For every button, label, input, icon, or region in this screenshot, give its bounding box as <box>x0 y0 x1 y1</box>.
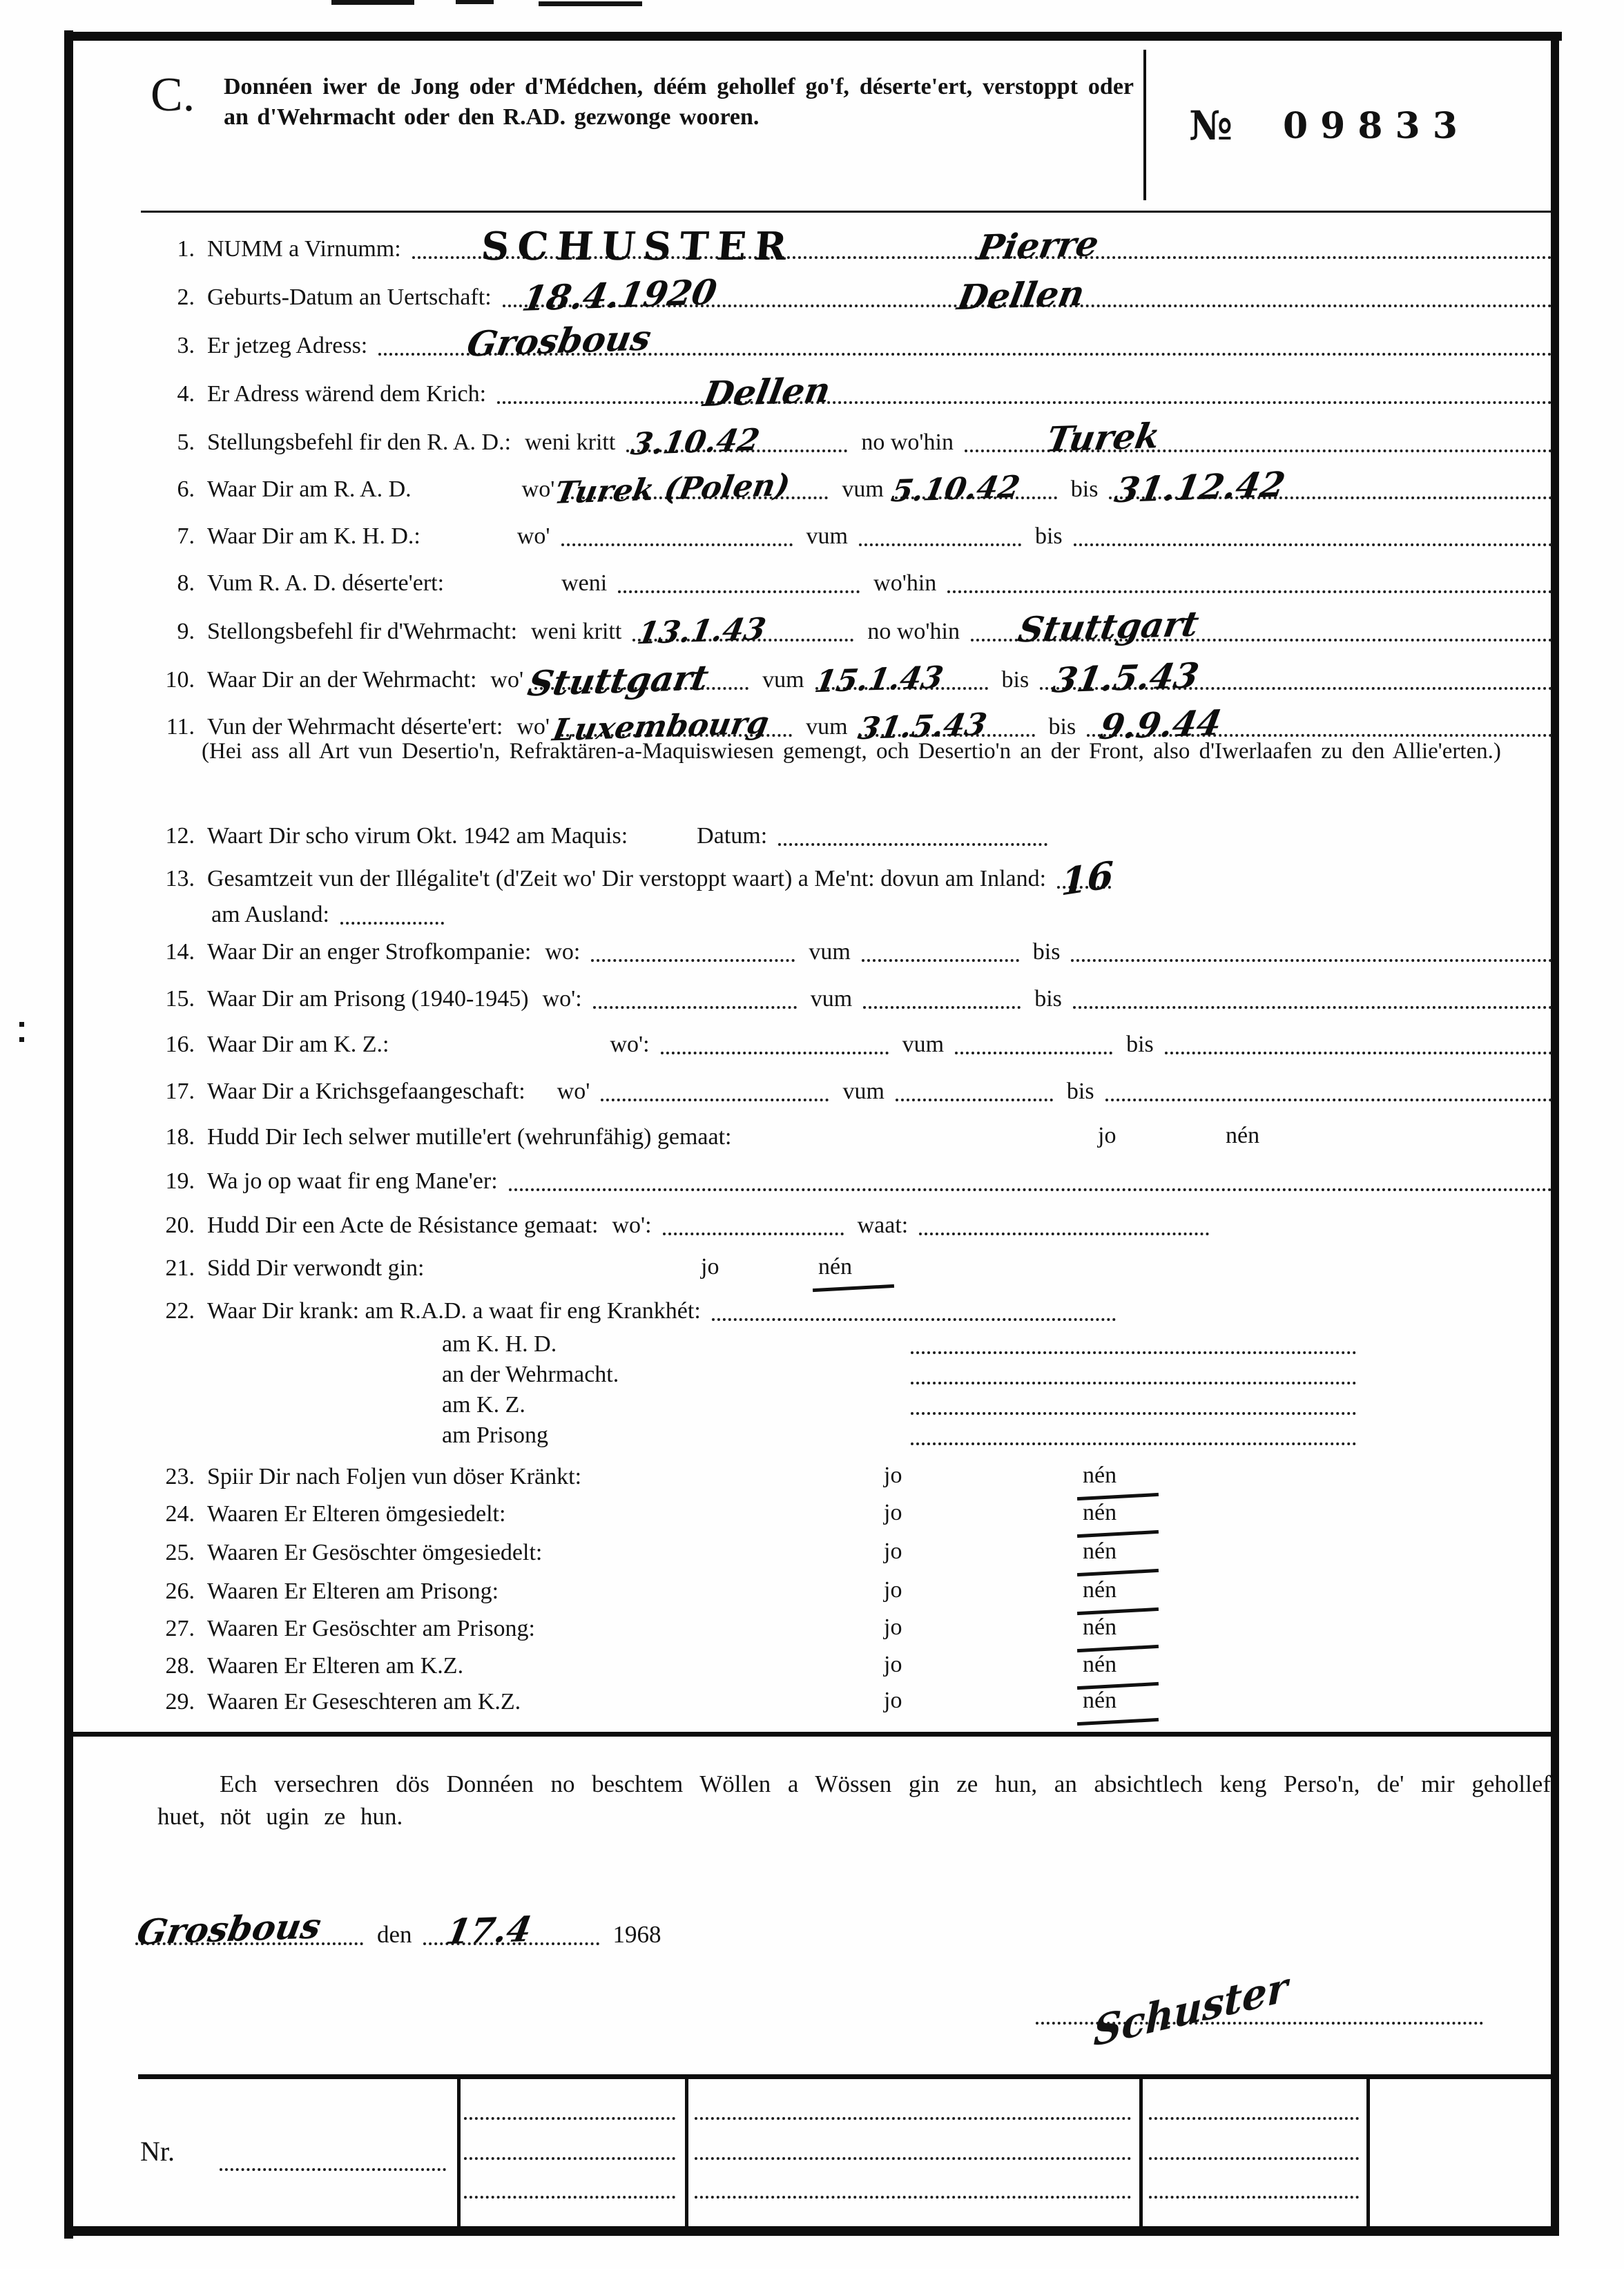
field-label: wo: <box>545 939 580 965</box>
footer-table-divider <box>1366 2077 1370 2229</box>
dotted-field <box>911 1436 1356 1445</box>
item-label: Stellungsbefehl fir den R. A. D.: <box>207 429 511 456</box>
item-label: Waar Dir krank: am R.A.D. a waat fir eng… <box>207 1298 701 1324</box>
field-label: wo' <box>522 476 555 503</box>
dotted-field <box>919 1226 1209 1235</box>
form-item-row: 25.Waaren Er Gesöschter ömgesiedelt:joné… <box>159 1532 1552 1566</box>
form-item-row: 18.Hudd Dir Iech selwer mutille'ert (weh… <box>159 1116 1552 1150</box>
dotted-field <box>1074 537 1552 546</box>
field-label: wo': <box>610 1032 650 1058</box>
item-label: Waaren Er Elteren am Prisong: <box>207 1578 499 1605</box>
spacer <box>432 549 514 550</box>
nr-label: Nr. <box>140 2135 175 2167</box>
field-label: vum <box>842 476 883 503</box>
item-label: Waart Dir scho virum Okt. 1942 am Maquis… <box>207 823 628 849</box>
form-item-row: 6.Waar Dir am R. A. D.wo'Turek (Polen)vu… <box>159 468 1552 503</box>
answer-nen: nén <box>1083 1614 1116 1641</box>
dotted-field: Stuttgart <box>971 632 1552 641</box>
spacer <box>400 1057 608 1058</box>
field-label: weni kritt <box>525 429 615 456</box>
item-label: Waar Dir am K. H. D.: <box>207 523 420 550</box>
spacer <box>559 1448 911 1449</box>
spacer <box>159 1448 442 1449</box>
handwritten-entry: 5.10.42 <box>889 472 1022 507</box>
dotted-field <box>896 1092 1053 1101</box>
item-number: 19. <box>159 1168 195 1195</box>
field-label: no wo'hin <box>861 429 954 456</box>
dotted-field <box>601 1092 829 1101</box>
answer-jo: jo <box>884 1500 902 1526</box>
item-number: 22. <box>159 1298 195 1324</box>
form-item-row: 23.Spiir Dir nach Foljen vun döser Kränk… <box>159 1456 1552 1490</box>
item-number: 18. <box>159 1124 195 1150</box>
item-label: Hudd Dir Iech selwer mutille'ert (wehrun… <box>207 1124 732 1150</box>
item-number: 21. <box>159 1255 195 1282</box>
dotted-field: 9.9.44 <box>1087 727 1552 737</box>
item-number: 4. <box>159 381 195 407</box>
item-label: Er jetzeg Adress: <box>207 333 367 359</box>
signature-line: Schuster <box>1036 1983 1483 2025</box>
dotted-field: Turek (Polen) <box>565 490 828 499</box>
handwritten-entry: 31.5.43 <box>1050 658 1201 697</box>
dotted-field <box>661 1045 889 1054</box>
spacer <box>423 502 519 503</box>
form-item-row: 12.Waart Dir scho virum Okt. 1942 am Maq… <box>159 815 1552 849</box>
page-border-left <box>64 30 73 2239</box>
footer-cell-line <box>1149 2112 1359 2120</box>
item-number: 23. <box>159 1464 195 1490</box>
footer-cell-line <box>695 2190 1131 2199</box>
field-label: wo': <box>543 986 582 1012</box>
scan-speck <box>19 1037 24 1042</box>
dotted-field <box>947 583 1552 593</box>
field-label: bis <box>1033 939 1061 965</box>
form-item-row: an der Wehrmacht. <box>159 1353 1552 1388</box>
dotted-field <box>955 1045 1112 1054</box>
form-item-row: 9.Stellongsbefehl fir d'Wehrmacht:weni k… <box>159 610 1552 645</box>
form-item-row: 7.Waar Dir am K. H. D.:wo'vumbis <box>159 515 1552 550</box>
form-item-row: 11.Vun der Wehrmacht déserte'ert:wo'Luxe… <box>159 706 1552 740</box>
form-item-row: 3.Er jetzeg Adress:Grosbous <box>159 325 1552 359</box>
field-label: weni kritt <box>531 619 621 645</box>
form-item-row: 13.Gesamtzeit vun der Illégalite't (d'Ze… <box>159 858 1552 892</box>
dotted-field: 15.1.43 <box>815 680 988 690</box>
spacer <box>159 927 211 928</box>
field-label: weni <box>561 570 607 597</box>
item-number: 27. <box>159 1616 195 1642</box>
item-number: 2. <box>159 284 195 311</box>
dotted-field <box>509 1181 1552 1191</box>
scan-speck <box>331 0 414 5</box>
form-item-row: am Ausland: <box>159 894 1552 928</box>
handwritten-entry: SCHUSTER <box>479 227 796 266</box>
footer-cell-line <box>1149 2190 1359 2199</box>
field-label: vum <box>811 986 852 1012</box>
form-number-value: 09833 <box>1283 105 1470 147</box>
field-label: bis <box>1126 1032 1154 1058</box>
handwritten-entry: 13.1.43 <box>635 615 768 649</box>
dotted-field: Luxembourg <box>561 727 792 737</box>
footer-cell-line <box>695 2152 1131 2160</box>
item-label: Spiir Dir nach Foljen vun döser Kränkt: <box>207 1464 581 1490</box>
dotted-field <box>862 952 1019 962</box>
field-label: vum <box>902 1032 944 1058</box>
dotted-field <box>712 1311 1116 1321</box>
answer-jo: jo <box>884 1538 902 1565</box>
handwritten-entry: Turek (Polen) <box>552 470 792 509</box>
answer-nen: nén <box>1083 1577 1116 1603</box>
dotted-field <box>1071 952 1552 962</box>
form-item-row: 16.Waar Dir am K. Z.:wo':vumbis <box>159 1023 1552 1058</box>
handwritten-entry: 31.12.42 <box>1112 467 1288 508</box>
field-label: bis <box>1067 1079 1094 1105</box>
footer-cell-line <box>464 2112 675 2120</box>
item-label: Wa jo op waat fir eng Mane'er: <box>207 1168 498 1195</box>
dotted-field: 31.12.42 <box>1109 490 1552 499</box>
footer-cell-line <box>464 2190 675 2199</box>
form-item-row: 10.Waar Dir an der Wehrmacht:wo'Stuttgar… <box>159 659 1552 693</box>
form-item-row: 8.Vum R. A. D. déserte'ert:weniwo'hin <box>159 562 1552 597</box>
page-border-bottom <box>64 2226 1559 2236</box>
dotted-field: Turek <box>965 443 1552 452</box>
item-number: 26. <box>159 1578 195 1605</box>
dotted-field <box>663 1226 844 1235</box>
dotted-field <box>911 1344 1356 1354</box>
dotted-field <box>863 999 1021 1009</box>
form-item-row: 5.Stellungsbefehl fir den R. A. D.:weni … <box>159 421 1552 456</box>
form-item-row: 2.Geburts-Datum an Uertschaft:18.4.1920D… <box>159 276 1552 311</box>
item-number: 24. <box>159 1501 195 1527</box>
date-handwritten: 17.4 <box>443 1912 534 1949</box>
answer-nen: nén <box>1083 1500 1116 1526</box>
footer-cell-line <box>464 2152 675 2160</box>
answer-nen: nén <box>1083 1538 1116 1565</box>
item-label: Hudd Dir een Acte de Résistance gemaat: <box>207 1213 598 1239</box>
item-number: 20. <box>159 1213 195 1239</box>
handwritten-entry: Grosbous <box>465 320 654 361</box>
item-label: Waar Dir am R. A. D. <box>207 476 412 503</box>
signature-handwritten: Schuster <box>1093 1963 1288 2056</box>
dotted-field: 31.5.43 <box>859 727 1035 737</box>
item-number: 15. <box>159 986 195 1012</box>
form-item-row: am K. H. D. <box>159 1323 1552 1358</box>
answer-jo: jo <box>1098 1123 1116 1149</box>
form-item-row: 26.Waaren Er Elteren am Prisong:jonén <box>159 1570 1552 1605</box>
form-item-row: 27.Waaren Er Gesöschter am Prisong:jonén <box>159 1607 1552 1642</box>
field-label: wo' <box>517 523 550 550</box>
form-item-row: am Prisong <box>159 1414 1552 1449</box>
item-number: 28. <box>159 1653 195 1679</box>
handwritten-entry: Stuttgart <box>1016 607 1201 648</box>
field-label: vum <box>809 939 850 965</box>
handwritten-entry: 3.10.42 <box>629 425 762 460</box>
dotted-field: 3.10.42 <box>626 443 847 452</box>
footer-table-divider <box>1139 2077 1143 2229</box>
item-label: am Prisong <box>442 1422 548 1449</box>
form-item-row: 24.Waaren Er Elteren ömgesiedelt:jonén <box>159 1493 1552 1527</box>
item-label: Waaren Er Geseschteren am K.Z. <box>207 1689 521 1715</box>
spacer <box>536 1104 554 1105</box>
footer-table-divider <box>457 2077 461 2229</box>
footer-table-divider <box>685 2077 688 2229</box>
item-label: Waar Dir an der Wehrmacht: <box>207 667 476 693</box>
item-label: Stellongsbefehl fir d'Wehrmacht: <box>207 619 517 645</box>
spacer <box>1367 1448 1552 1449</box>
answer-jo: jo <box>884 1577 902 1603</box>
answer-jo: jo <box>884 1614 902 1641</box>
item-number: 12. <box>159 823 195 849</box>
field-label: waat: <box>858 1213 909 1239</box>
place-handwritten: Grosbous <box>135 1909 324 1949</box>
dotted-field: Grosbous <box>378 346 1552 356</box>
form-item-row: 28.Waaren Er Elteren am K.Z.jonén <box>159 1645 1552 1679</box>
item-number: 10. <box>159 667 195 693</box>
handwritten-entry: Pierre <box>975 226 1101 265</box>
handwritten-entry: 18.4.1920 <box>519 275 719 316</box>
header-rule <box>141 211 1552 213</box>
item-label: NUMM a Virnumm: <box>207 236 401 262</box>
dotted-field: 18.4.1920Dellen <box>503 298 1552 307</box>
dotted-field <box>561 537 793 546</box>
item-number: 16. <box>159 1032 195 1058</box>
field-label: vum <box>762 667 804 693</box>
form-item-row: 19.Wa jo op waat fir eng Mane'er: <box>159 1160 1552 1195</box>
dotted-field: 16 <box>1057 879 1111 889</box>
dotted-field <box>1165 1045 1552 1054</box>
dotted-field <box>778 836 1047 846</box>
form-item-row: 29.Waaren Er Geseschteren am K.Z.jonén <box>159 1681 1552 1715</box>
scan-speck <box>19 1022 24 1027</box>
form-item-row: 14.Waar Dir an enger Strofkompanie:wo:vu… <box>159 931 1552 965</box>
handwritten-entry: Dellen <box>955 276 1087 315</box>
dotted-field: Dellen <box>497 394 1552 404</box>
item-number: 1. <box>159 236 195 262</box>
date-dotted-line: 17.4 <box>423 1935 599 1945</box>
footer-cell-line <box>695 2112 1131 2120</box>
footer-cell-line <box>1149 2152 1359 2160</box>
form-item-row: 22.Waar Dir krank: am R.A.D. a waat fir … <box>159 1290 1552 1324</box>
item-number: 5. <box>159 429 195 456</box>
footer-table-top-border <box>138 2074 1555 2079</box>
item-label: Waar Dir a Krichsgefaangeschaft: <box>207 1079 525 1105</box>
item-number: 8. <box>159 570 195 597</box>
dotted-field: 13.1.43 <box>632 632 853 641</box>
item-number: 13. <box>159 866 195 892</box>
item-label: Gesamtzeit vun der Illégalite't (d'Zeit … <box>207 866 1046 892</box>
field-label: wo' <box>490 667 523 693</box>
handwritten-entry: Stuttgart <box>525 661 711 702</box>
item-label: Waar Dir an enger Strofkompanie: <box>207 939 531 965</box>
answer-jo: jo <box>884 1688 902 1714</box>
form-item-row: 21.Sidd Dir verwondt gin:jonén <box>159 1247 1552 1282</box>
header-paragraph: Donnéen iwer de Jong oder d'Médchen, déé… <box>224 72 1134 133</box>
item-label: am Ausland: <box>211 902 329 928</box>
field-label: bis <box>1034 986 1062 1012</box>
field-label: wo'hin <box>873 570 936 597</box>
scan-speck <box>539 1 642 6</box>
year-label: 1968 <box>613 1921 661 1949</box>
place-dotted-line: Grosbous <box>135 1935 363 1945</box>
item-label: Sidd Dir verwondt gin: <box>207 1255 424 1282</box>
dotted-field <box>1073 999 1552 1009</box>
field-label: wo' <box>557 1079 590 1105</box>
form-item-row: 20.Hudd Dir een Acte de Résistance gemaa… <box>159 1204 1552 1239</box>
spacer <box>639 849 694 849</box>
handwritten-underline-mark <box>1077 1718 1159 1726</box>
item-number: 3. <box>159 333 195 359</box>
dotted-field: 5.10.42 <box>895 490 1057 499</box>
item-label: Er Adress wärend dem Krich: <box>207 381 486 407</box>
handwritten-entry: Dellen <box>701 373 833 412</box>
answer-nen: nén <box>1083 1462 1116 1489</box>
dotted-field <box>911 1405 1356 1415</box>
item-number: 17. <box>159 1079 195 1105</box>
section-rule <box>66 1732 1554 1737</box>
form-note: (Hei ass all Art vun Desertio'n, Refrakt… <box>202 736 1517 766</box>
item-label: Vum R. A. D. déserte'ert: <box>207 570 444 597</box>
scanned-form-page: C. Donnéen iwer de Jong oder d'Médchen, … <box>0 0 1624 2269</box>
dotted-field <box>911 1375 1356 1384</box>
item-number: 7. <box>159 523 195 550</box>
answer-nen: nén <box>1226 1123 1259 1149</box>
dotted-field: 31.5.43 <box>1040 680 1552 690</box>
dotted-field <box>618 583 860 593</box>
form-item-row: am K. Z. <box>159 1384 1552 1418</box>
item-number: 29. <box>159 1689 195 1715</box>
nr-dotted-line <box>220 2141 446 2171</box>
field-label: bis <box>1071 476 1099 503</box>
item-label: Waaren Er Gesöschter ömgesiedelt: <box>207 1540 542 1566</box>
answer-nen: nén <box>1083 1688 1116 1714</box>
item-label: Waaren Er Gesöschter am Prisong: <box>207 1616 535 1642</box>
item-number: 25. <box>159 1540 195 1566</box>
item-number: 14. <box>159 939 195 965</box>
declaration-paragraph: Ech versechren dös Donnéen no beschtem W… <box>157 1768 1551 1833</box>
item-label: Waaren Er Elteren am K.Z. <box>207 1653 463 1679</box>
field-label: wo': <box>612 1213 651 1239</box>
section-letter: C. <box>151 68 195 123</box>
dotted-field <box>591 952 795 962</box>
dotted-field: Stuttgart <box>534 680 748 690</box>
item-number: 9. <box>159 619 195 645</box>
form-item-row: 4.Er Adress wärend dem Krich:Dellen <box>159 373 1552 407</box>
spacer <box>455 596 559 597</box>
item-label: Waar Dir am Prisong (1940-1945) <box>207 986 529 1012</box>
form-item-row: 17.Waar Dir a Krichsgefaangeschaft:wo'vu… <box>159 1070 1552 1105</box>
answer-jo: jo <box>884 1462 902 1489</box>
field-label: bis <box>1002 667 1029 693</box>
form-item-row: 15.Waar Dir am Prisong (1940-1945)wo':vu… <box>159 978 1552 1012</box>
handwritten-entry: Turek <box>1044 418 1163 457</box>
form-item-row: 1.NUMM a Virnumm:SCHUSTERPierre <box>159 228 1552 262</box>
item-label: Waaren Er Elteren ömgesiedelt: <box>207 1501 505 1527</box>
item-number: 6. <box>159 476 195 503</box>
handwritten-entry: 15.1.43 <box>812 663 945 697</box>
dotted-field: SCHUSTERPierre <box>412 249 1552 259</box>
answer-jo: jo <box>701 1254 719 1280</box>
item-label: Geburts-Datum an Uertschaft: <box>207 284 492 311</box>
dotted-field <box>1105 1092 1552 1101</box>
item-number: 11. <box>159 714 195 740</box>
field-label: vum <box>842 1079 884 1105</box>
field-label: vum <box>806 523 848 550</box>
den-label: den <box>377 1921 412 1949</box>
field-label: no wo'hin <box>867 619 960 645</box>
dotted-field <box>859 537 1021 546</box>
header-divider <box>1143 50 1146 200</box>
item-label: Waar Dir am K. Z.: <box>207 1032 389 1058</box>
scan-speck <box>456 0 494 4</box>
field-label: bis <box>1035 523 1063 550</box>
answer-nen: nén <box>1083 1652 1116 1678</box>
field-label: Datum: <box>697 823 767 849</box>
dotted-field <box>340 915 444 925</box>
page-border-top <box>72 32 1562 41</box>
answer-nen: nén <box>818 1254 852 1280</box>
form-number-label: № <box>1189 102 1232 149</box>
date-line: Grosbous den 17.4 1968 <box>135 1911 673 1949</box>
dotted-field <box>593 999 797 1009</box>
answer-jo: jo <box>884 1652 902 1678</box>
